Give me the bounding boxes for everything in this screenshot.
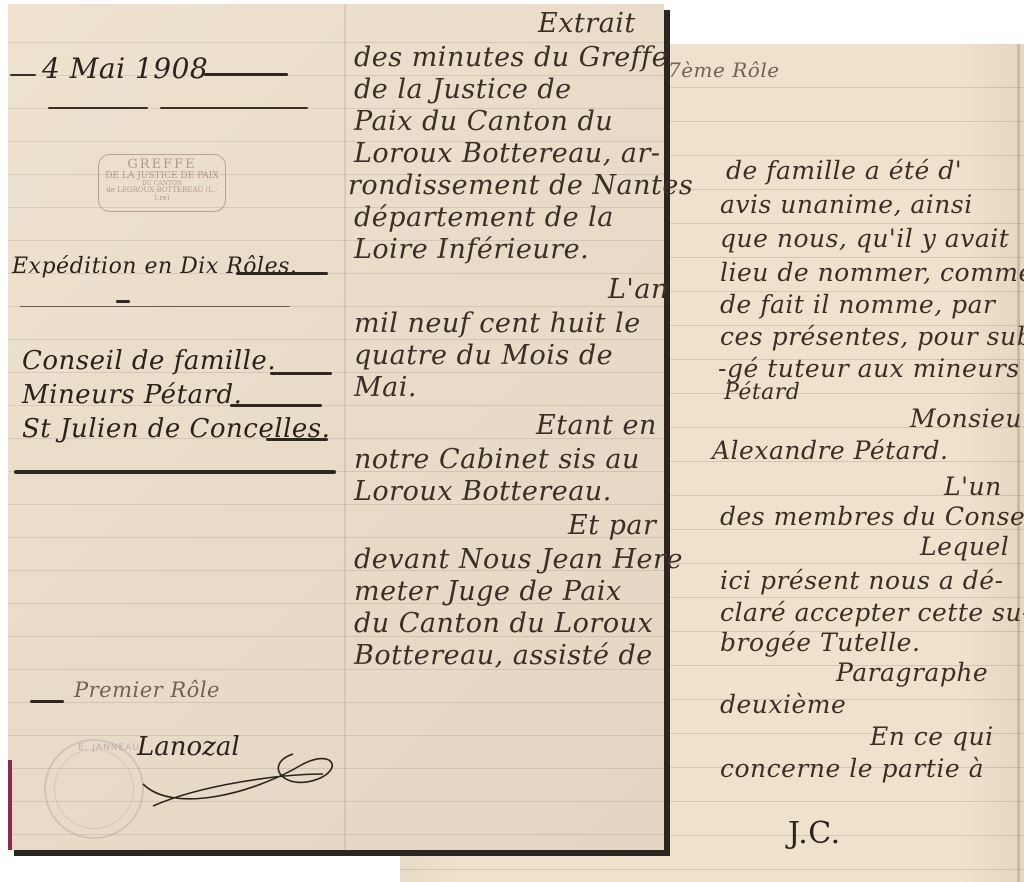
body-line: du Canton du Loroux [354, 608, 653, 639]
body-line: Loroux Bottereau. [354, 476, 612, 507]
body-line: mil neuf cent huit le [354, 308, 641, 339]
subject-underline [266, 438, 328, 441]
document-page-left: 4 Mai 1908 GREFFE DE LA JUSTICE DE PAIX … [8, 4, 664, 850]
body-line: En ce qui [870, 722, 994, 751]
section-rule [14, 470, 336, 474]
body-line: Mai. [354, 372, 417, 403]
expedition-note: Expédition en Dix Rôles. [12, 254, 297, 279]
seal-text: E. JANNEAU [78, 743, 140, 753]
body-line: brogée Tutelle. [720, 628, 920, 657]
body-line: des minutes du Greffe [354, 42, 668, 73]
body-line: Et par [568, 510, 656, 541]
stamp-line: GREFFE [99, 158, 225, 172]
body-line: meter Juge de Paix [354, 576, 622, 607]
body-line: devant Nous Jean Here [354, 544, 683, 575]
body-line: Lequel [920, 532, 1009, 561]
short-rule [116, 300, 130, 303]
page-marker-left: Premier Rôle [74, 678, 220, 702]
body-line: Bottereau, assisté de [354, 640, 653, 671]
body-line: Etant en [536, 410, 657, 441]
body-line: claré accepter cette su- [720, 598, 1024, 627]
binding-edge [8, 760, 12, 850]
body-line: département de la [354, 202, 614, 233]
separator-rule [160, 107, 308, 109]
body-line: Monsieur [910, 404, 1024, 433]
dash-rule [30, 700, 64, 703]
signature: Lanozal [133, 724, 343, 814]
separator-rule [48, 107, 148, 109]
body-line: rondissement de Nantes [348, 170, 693, 201]
body-line: que nous, qu'il y avait [720, 224, 1009, 253]
body-line: ici présent nous a dé- [720, 566, 1004, 595]
body-line: Loire Inférieure. [354, 234, 589, 265]
document-date: 4 Mai 1908 [42, 52, 208, 85]
body-line: des membres du Conseil [720, 502, 1024, 531]
date-underline [204, 73, 288, 76]
body-line: lieu de nommer, comme [720, 258, 1024, 287]
body-line: Pétard [724, 380, 800, 405]
dash-rule [10, 74, 36, 76]
page-marker-right: 7ème Rôle [668, 58, 780, 82]
official-seal: E. JANNEAU [44, 739, 144, 839]
body-line: deuxième [720, 690, 846, 719]
expedition-underline [236, 272, 328, 275]
body-line: quatre du Mois de [354, 340, 613, 371]
body-line: Loroux Bottereau, ar- [354, 138, 661, 169]
body-line: Paix du Canton du [354, 106, 613, 137]
subject-line: Conseil de famille. [22, 346, 276, 376]
initials: J.C. [788, 816, 841, 851]
body-line: -gé tuteur aux mineurs [718, 354, 1020, 383]
body-line: Alexandre Pétard. [712, 436, 949, 465]
separator-rule [20, 306, 290, 307]
page-fold [344, 4, 346, 850]
body-line: de famille a été d' [726, 156, 962, 185]
stamp-line: de LEGROUX-BOTTEREAU (L.-I.re) [99, 187, 225, 202]
signature-flourish-icon [133, 724, 343, 814]
subject-underline [230, 404, 322, 407]
body-line: ces présentes, pour subro- [720, 322, 1024, 351]
body-line: notre Cabinet sis au [354, 444, 640, 475]
body-line: de la Justice de [354, 74, 572, 105]
body-line: de fait il nomme, par [720, 290, 995, 319]
body-line: Paragraphe [836, 658, 988, 687]
body-line: L'an [608, 274, 669, 305]
subject-underline [270, 372, 332, 375]
body-line: Extrait [538, 8, 636, 39]
body-line: concerne le partie à [720, 754, 984, 783]
subject-line: Mineurs Pétard. [22, 380, 242, 410]
body-line: avis unanime, ainsi [720, 190, 973, 219]
body-line: L'un [944, 472, 1002, 501]
registry-stamp: GREFFE DE LA JUSTICE DE PAIX DU CANTON d… [98, 154, 226, 212]
